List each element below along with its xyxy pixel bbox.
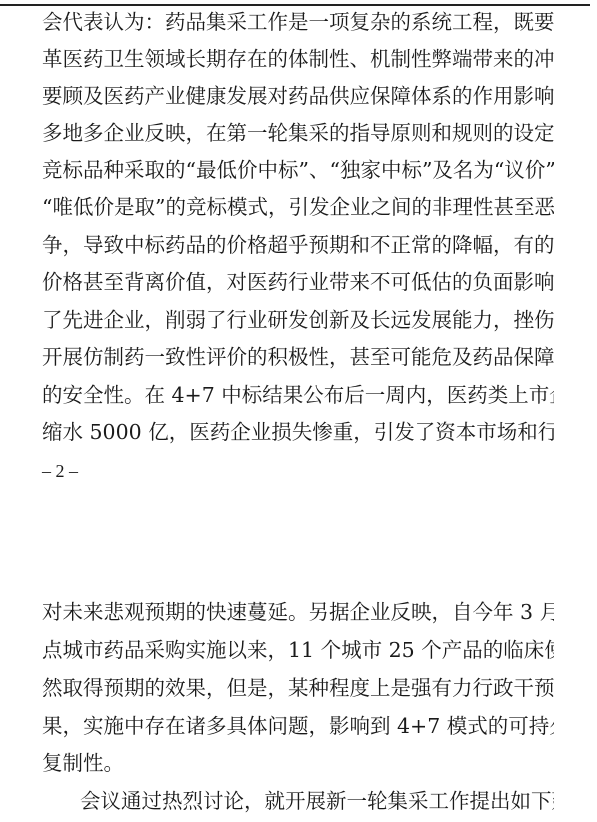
page-number: – 2 –	[42, 460, 78, 482]
text-line: “唯低价是取”的竞标模式，引发企业之间的非理性甚至恶性竞	[42, 195, 554, 219]
text-line: 了先进企业，削弱了行业研发创新及长远发展能力，挫伤了企业	[42, 308, 554, 332]
text-line: 会代表认为：药品集采工作是一项复杂的系统工程，既要承受改	[42, 10, 554, 34]
text-line: 革医药卫生领域长期存在的体制性、机制性弊端带来的冲击，也	[42, 47, 554, 71]
top-rule-divider	[0, 4, 590, 6]
text-line: 的安全性。在 4+7 中标结果公布后一周内，医药类上市企业市值	[42, 383, 554, 407]
text-line: 要顾及医药产业健康发展对药品供应保障体系的作用影响。据	[42, 84, 554, 108]
text-line: 价格甚至背离价值，对医药行业带来不可低估的负面影响，打击	[42, 270, 554, 294]
text-line: 争，导致中标药品的价格超乎预期和不正常的降幅，有的品种的	[42, 233, 554, 257]
paragraph-first-line: 会议通过热烈讨论，就开展新一轮集采工作提出如下建议：	[80, 789, 554, 813]
text-line: 然取得预期的效果，但是，某种程度上是强有力行政干预的结	[42, 676, 554, 700]
text-line: 对未来悲观预期的快速蔓延。另据企业反映，自今年 3 月 1 日试	[42, 600, 554, 624]
text-line: 果，实施中存在诸多具体问题，影响到 4+7 模式的可持久性和可	[42, 714, 554, 738]
text-line: 多地多企业反映，在第一轮集采的指导原则和规则的设定上对	[42, 121, 554, 145]
text-line: 开展仿制药一致性评价的积极性，甚至可能危及药品保障供应	[42, 345, 554, 369]
text-line: 缩水 5000 亿，医药企业损失惨重，引发了资本市场和行业自身	[42, 420, 554, 444]
text-line: 复制性。	[42, 751, 554, 775]
text-line: 点城市药品采购实施以来，11 个城市 25 个产品的临床使用虽	[42, 638, 554, 662]
text-line: 竞标品种采取的“最低价中标”、“独家中标”及名为“议价”实为	[42, 158, 554, 182]
